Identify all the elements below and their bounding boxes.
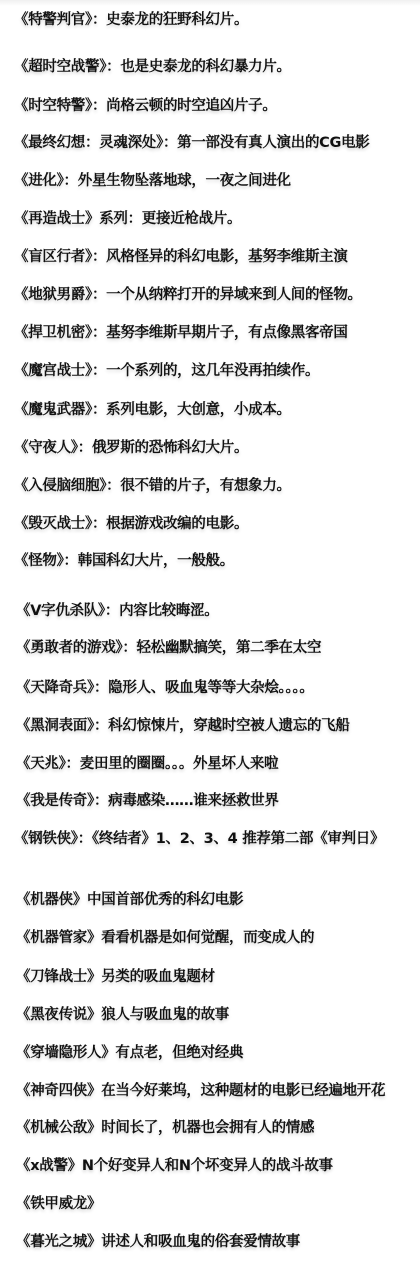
movie-list-item: 《入侵脑细胞》：很不错的片子，有想象力。 <box>14 476 291 496</box>
movie-list-item: 《再造战士》系列：更接近枪战片。 <box>14 209 241 229</box>
movie-list-item: 《我是传奇》：病毒感染……谁来拯救世界 <box>16 791 279 811</box>
movie-list-item: 《V字仇杀队》：内容比较晦涩。 <box>16 601 218 621</box>
movie-list-item: 《最终幻想：灵魂深处》：第一部没有真人演出的CG电影 <box>14 133 370 153</box>
movie-list-item: 《捍卫机密》：基努李维斯早期片子，有点像黑客帝国 <box>14 323 348 343</box>
movie-list-item: 《守夜人》：俄罗斯的恐怖科幻大片。 <box>14 438 248 458</box>
movie-list-item: 《穿墙隐形人》有点老，但绝对经典 <box>16 1043 243 1063</box>
movie-list-item: 《毁灭战士》：根据游戏改编的电影。 <box>14 514 248 534</box>
movie-list-item: 《地狱男爵》：一个从纳粹打开的异域来到人间的怪物。 <box>14 285 362 305</box>
movie-list-item: 《盲区行者》：风格怪异的科幻电影，基努李维斯主演 <box>14 247 348 267</box>
movie-list-item: 《铁甲威龙》 <box>16 1194 101 1214</box>
movie-list-item: 《天降奇兵》：隐形人、吸血鬼等等大杂烩。。。。 <box>16 678 314 698</box>
movie-list-item: 《超时空战警》：也是史泰龙的科幻暴力片。 <box>14 57 291 77</box>
movie-list-item: 《黑洞表面》：科幻惊悚片，穿越时空被人遗忘的飞船 <box>16 716 350 736</box>
movie-list-item: 《黑夜传说》狼人与吸血鬼的故事 <box>16 1005 229 1025</box>
top-edge-fade <box>0 0 420 6</box>
movie-list-item: 《怪物》：韩国科幻大片，一般般。 <box>14 551 234 571</box>
movie-list-item: 《机器管家》看看机器是如何觉醒，而变成人的 <box>16 928 314 948</box>
movie-list-item: 《机械公敌》时间长了，机器也会拥有人的情感 <box>16 1118 314 1138</box>
movie-list-item: 《魔宫战士》：一个系列的，这几年没再拍续作。 <box>14 361 319 381</box>
movie-list-item: 《暮光之城》讲述人和吸血鬼的俗套爱情故事 <box>16 1232 300 1252</box>
movie-list-item: 《天兆》：麦田里的圈圈。。。外星坏人来啦 <box>16 754 278 774</box>
movie-list-item: 《时空特警》：尚格云顿的时空追凶片子。 <box>14 96 277 116</box>
movie-list-item: 《特警判官》：史泰龙的狂野科幻片。 <box>14 10 248 30</box>
movie-list-item: 《神奇四侠》在当今好莱坞，这种题材的电影已经遍地开花 <box>16 1081 385 1101</box>
movie-list-item: 《刀锋战士》另类的吸血鬼题材 <box>16 967 215 987</box>
movie-list-item: 《钢铁侠》：《终结者》1、2、3、4 推荐第二部《审判日》 <box>14 828 414 850</box>
movie-list-item: 《机器侠》中国首部优秀的科幻电影 <box>16 890 243 910</box>
movie-list-item: 《x战警》N个好变异人和N个坏变异人的战斗故事 <box>16 1156 333 1176</box>
movie-list-item: 《进化》：外星生物坠落地球，一夜之间进化 <box>14 171 291 191</box>
movie-list-item: 《勇敢者的游戏》：轻松幽默搞笑，第二季在太空 <box>16 638 321 658</box>
movie-list-item: 《魔鬼武器》：系列电影，大创意，小成本。 <box>14 400 291 420</box>
